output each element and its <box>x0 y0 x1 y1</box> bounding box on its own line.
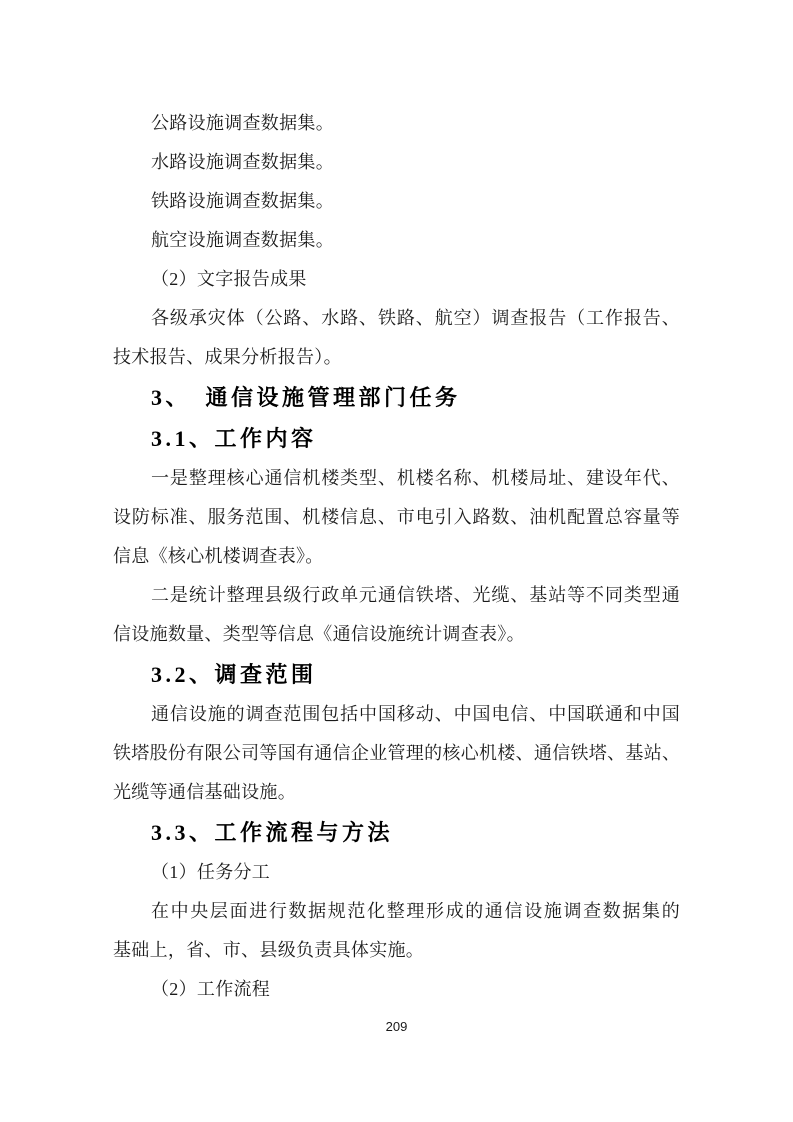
text-line: 铁塔股份有限公司等国有通信企业管理的核心机楼、通信铁塔、基站、 <box>113 734 680 773</box>
text-line: 信设施数量、类型等信息《通信设施统计调查表》。 <box>113 615 680 654</box>
text-line: 在中央层面进行数据规范化整理形成的通信设施调查数据集的 <box>113 892 680 931</box>
document-page: 公路设施调查数据集。水路设施调查数据集。铁路设施调查数据集。航空设施调查数据集。… <box>0 0 793 1122</box>
text-line: 基础上，省、市、县级负责具体实施。 <box>113 931 680 970</box>
text-line: 信息《核心机楼调查表》。 <box>113 537 680 576</box>
text-line: 设防标准、服务范围、机楼信息、市电引入路数、油机配置总容量等 <box>113 498 680 537</box>
section-heading: 3.1、工作内容 <box>113 418 680 459</box>
section-heading: 3、 通信设施管理部门任务 <box>113 377 680 418</box>
section-heading: 3.3、工作流程与方法 <box>113 812 680 853</box>
text-line: 二是统计整理县级行政单元通信铁塔、光缆、基站等不同类型通 <box>113 576 680 615</box>
text-line: 铁路设施调查数据集。 <box>113 182 680 221</box>
text-line: （2）文字报告成果 <box>113 260 680 299</box>
text-line: 公路设施调查数据集。 <box>113 104 680 143</box>
text-line: 各级承灾体（公路、水路、铁路、航空）调查报告（工作报告、 <box>113 299 680 338</box>
document-body: 公路设施调查数据集。水路设施调查数据集。铁路设施调查数据集。航空设施调查数据集。… <box>113 104 680 1009</box>
text-line: 光缆等通信基础设施。 <box>113 773 680 812</box>
text-line: 一是整理核心通信机楼类型、机楼名称、机楼局址、建设年代、 <box>113 459 680 498</box>
page-number: 209 <box>0 1019 793 1034</box>
text-line: （1）任务分工 <box>113 853 680 892</box>
text-line: 通信设施的调查范围包括中国移动、中国电信、中国联通和中国 <box>113 695 680 734</box>
text-line: 技术报告、成果分析报告）。 <box>113 338 680 377</box>
text-line: 水路设施调查数据集。 <box>113 143 680 182</box>
text-line: 航空设施调查数据集。 <box>113 221 680 260</box>
text-line: （2）工作流程 <box>113 970 680 1009</box>
section-heading: 3.2、调查范围 <box>113 654 680 695</box>
